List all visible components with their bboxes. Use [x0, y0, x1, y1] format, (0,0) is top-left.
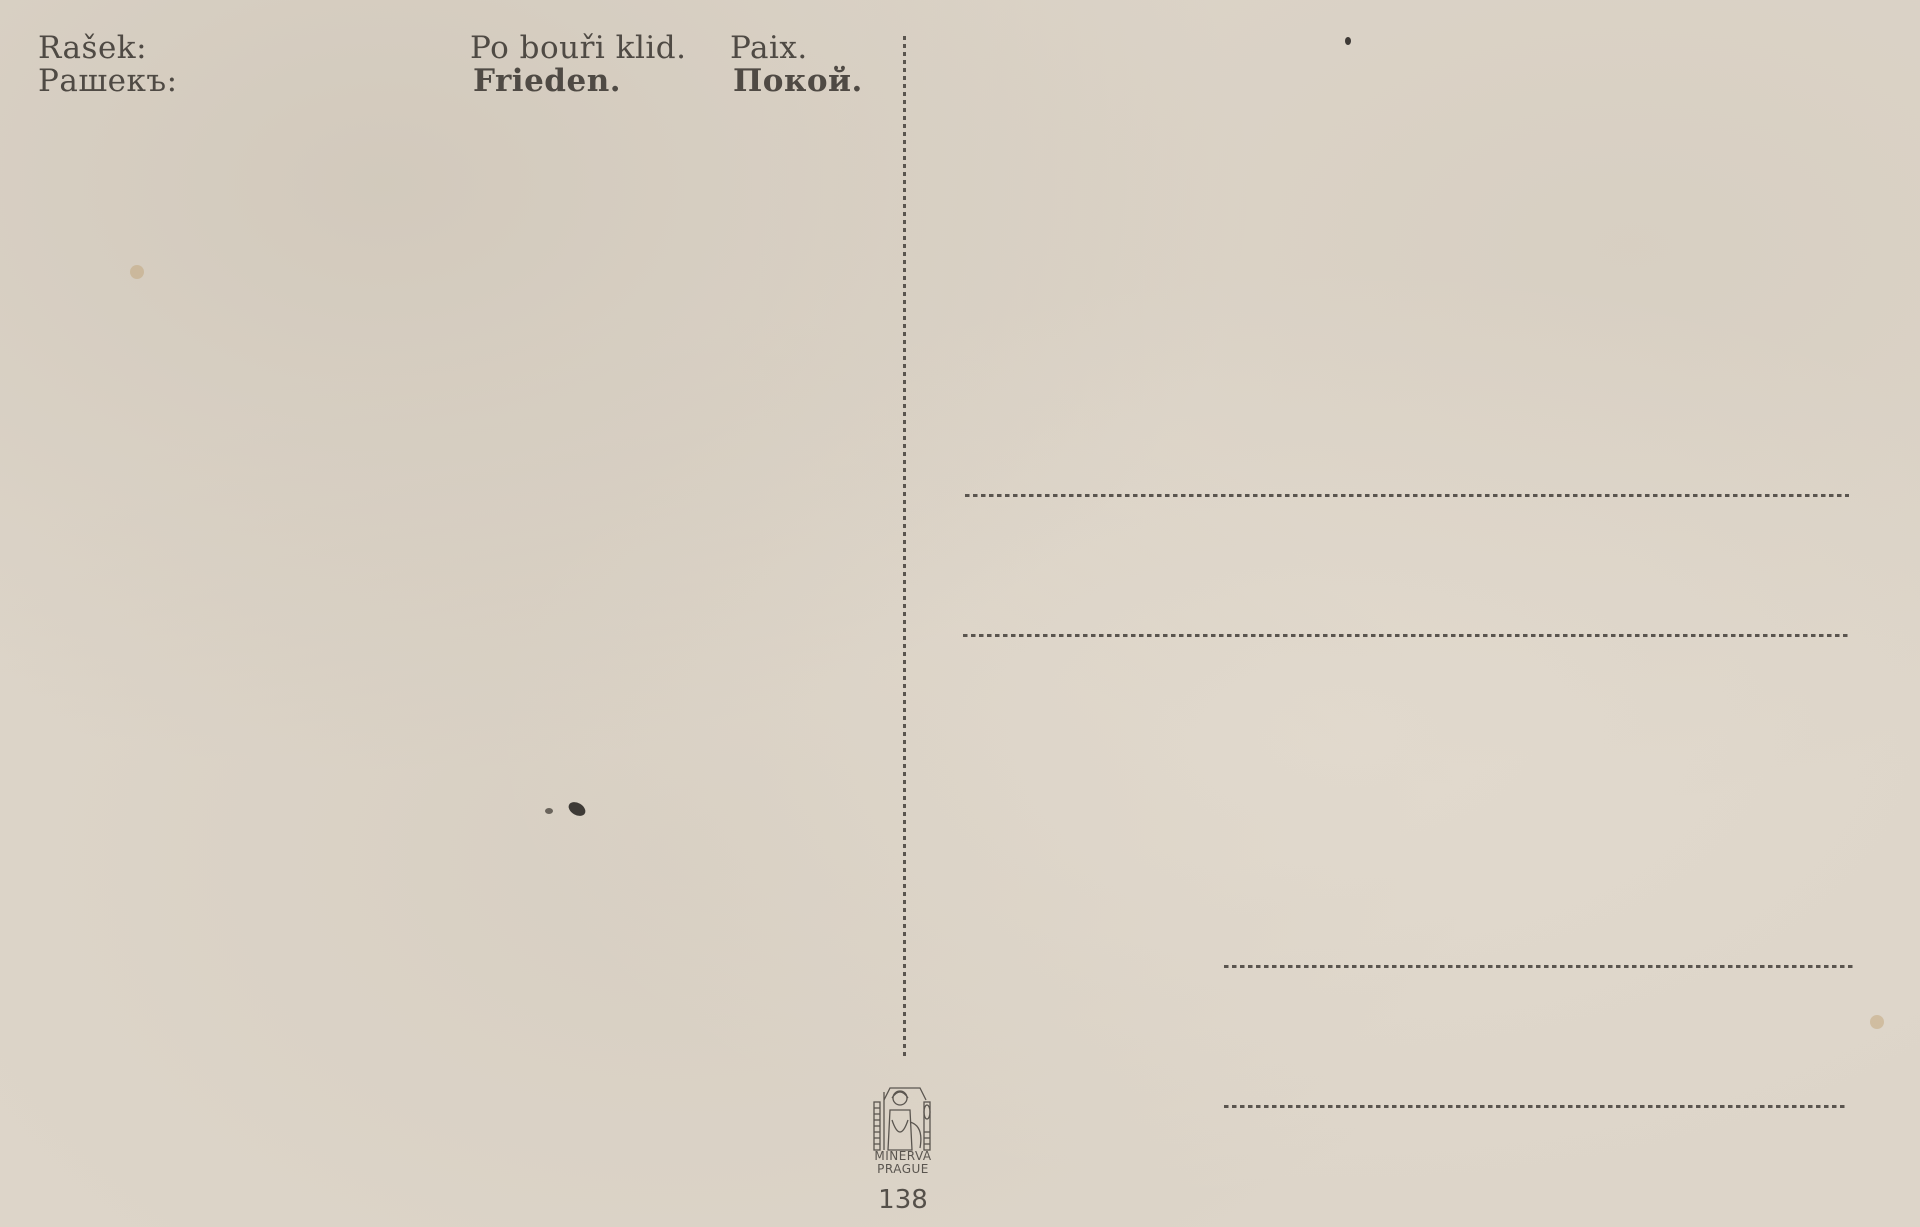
artist-name-cyrillic: Рашекъ:: [38, 65, 178, 98]
title-russian: Покой.: [733, 65, 863, 98]
foxing-spot-right: [1870, 1015, 1884, 1029]
address-line-3: [1224, 965, 1855, 968]
ink-spot-small: [545, 808, 553, 814]
title-german: Frieden.: [473, 65, 621, 98]
card-number: 138: [868, 1185, 938, 1215]
title-czech: Po bouři klid.: [470, 32, 687, 65]
address-line-2: [963, 634, 1851, 637]
artist-name-latin: Rašek:: [38, 32, 147, 65]
address-line-4: [1224, 1105, 1846, 1108]
postcard-back: Rašek: Рашекъ: Po bouři klid. Paix. Frie…: [0, 0, 1920, 1227]
center-divider-dotted-line: [903, 36, 906, 1056]
address-line-1: [965, 494, 1849, 497]
publisher-name-line2: PRAGUE: [868, 1163, 938, 1176]
foxing-spot: [130, 265, 144, 279]
title-french: Paix.: [730, 32, 808, 65]
ink-spot: [566, 799, 588, 818]
ink-spot-top: [1345, 37, 1351, 45]
